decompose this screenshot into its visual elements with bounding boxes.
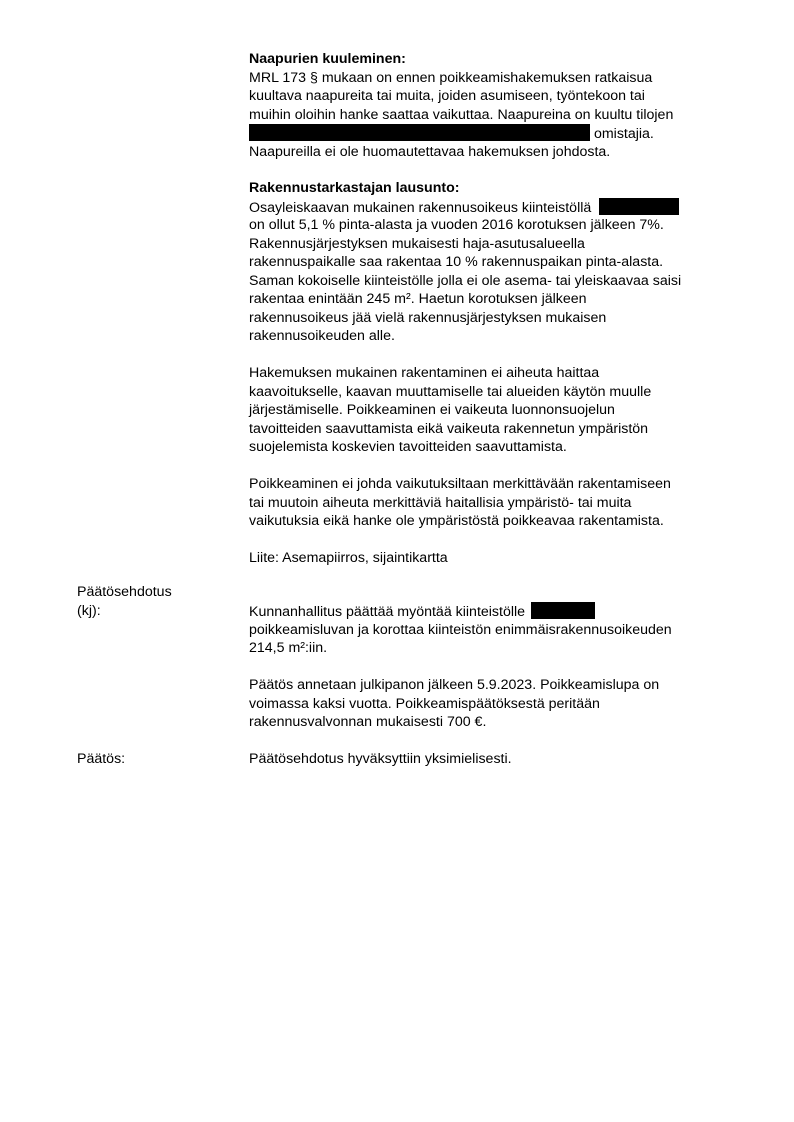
text-fragment: omistajia. xyxy=(594,126,654,142)
text-line: muihin oloihin hanke saattaa vaikuttaa. … xyxy=(249,106,749,125)
text-line: poikkeamisluvan ja korottaa kiinteistön … xyxy=(249,621,749,640)
text-line: rakennuspaikalle saa rakentaa 10 % raken… xyxy=(249,253,749,272)
text-line: Poikkeaminen ei johda vaikutuksiltaan me… xyxy=(249,475,749,494)
text-line: Rakennusjärjestyksen mukaisesti haja-asu… xyxy=(249,235,749,254)
text-line: rakennusoikeuden alle. xyxy=(249,327,749,346)
redaction-box xyxy=(531,602,595,619)
text-line: MRL 173 § mukaan on ennen poikkeamishake… xyxy=(249,69,749,88)
text-line: Saman kokoiselle kiinteistölle jolla ei … xyxy=(249,272,749,291)
text-line: omistajia. xyxy=(249,124,749,143)
text-line: kaavoitukselle, kaavan muuttamiselle tai… xyxy=(249,383,749,402)
text-line: tavoitteiden saavuttamista eikä vaikeuta… xyxy=(249,420,749,439)
text-line: suojelemista koskevien tavoitteiden saav… xyxy=(249,438,749,457)
redaction-box xyxy=(249,124,590,141)
text-line: vaikutuksia eikä hanke ole ympäristöstä … xyxy=(249,512,749,531)
text-line: rakennusvalvonnan mukaisesti 700 €. xyxy=(249,713,749,732)
text-line: Päätös annetaan julkipanon jälkeen 5.9.2… xyxy=(249,676,749,695)
text-fragment: Kunnanhallitus päättää myöntää kiinteist… xyxy=(249,604,525,620)
text-line: voimassa kaksi vuotta. Poikkeamispäätöks… xyxy=(249,695,749,714)
text-line: Hakemuksen mukainen rakentaminen ei aihe… xyxy=(249,364,749,383)
text-line: 214,5 m²:iin. xyxy=(249,639,749,658)
proposal-label-line2: (kj): xyxy=(77,602,101,621)
neighbors-section: Naapurien kuuleminen: MRL 173 § mukaan o… xyxy=(249,50,749,161)
inspector-section: Rakennustarkastajan lausunto: Osayleiska… xyxy=(249,179,749,568)
decision-text: Päätösehdotus hyväksyttiin yksimielisest… xyxy=(249,750,749,769)
text-line: Osayleiskaavan mukainen rakennusoikeus k… xyxy=(249,198,749,217)
neighbors-heading: Naapurien kuuleminen: xyxy=(249,50,749,69)
text-line: järjestämiselle. Poikkeaminen ei vaikeut… xyxy=(249,401,749,420)
redaction-box xyxy=(599,198,679,215)
text-line: on ollut 5,1 % pinta-alasta ja vuoden 20… xyxy=(249,216,749,235)
decision-label: Päätös: xyxy=(77,750,125,769)
text-fragment: Osayleiskaavan mukainen rakennusoikeus k… xyxy=(249,200,591,216)
text-line: Kunnanhallitus päättää myöntää kiinteist… xyxy=(249,602,749,621)
decision-section: Päätösehdotus hyväksyttiin yksimielisest… xyxy=(249,750,749,769)
attachment-line: Liite: Asemapiirros, sijaintikartta xyxy=(249,549,749,568)
text-line: kuultava naapureita tai muita, joiden as… xyxy=(249,87,749,106)
inspector-heading: Rakennustarkastajan lausunto: xyxy=(249,179,749,198)
proposal-label-line1: Päätösehdotus xyxy=(77,583,172,602)
text-line: rakentaa enintään 245 m². Haetun korotuk… xyxy=(249,290,749,309)
text-line: rakennusoikeus jää vielä rakennusjärjest… xyxy=(249,309,749,328)
text-line: tai muutoin aiheuta merkittäviä haitalli… xyxy=(249,494,749,513)
proposal-section: Kunnanhallitus päättää myöntää kiinteist… xyxy=(249,602,749,732)
text-line: Naapureilla ei ole huomautettavaa hakemu… xyxy=(249,143,749,162)
